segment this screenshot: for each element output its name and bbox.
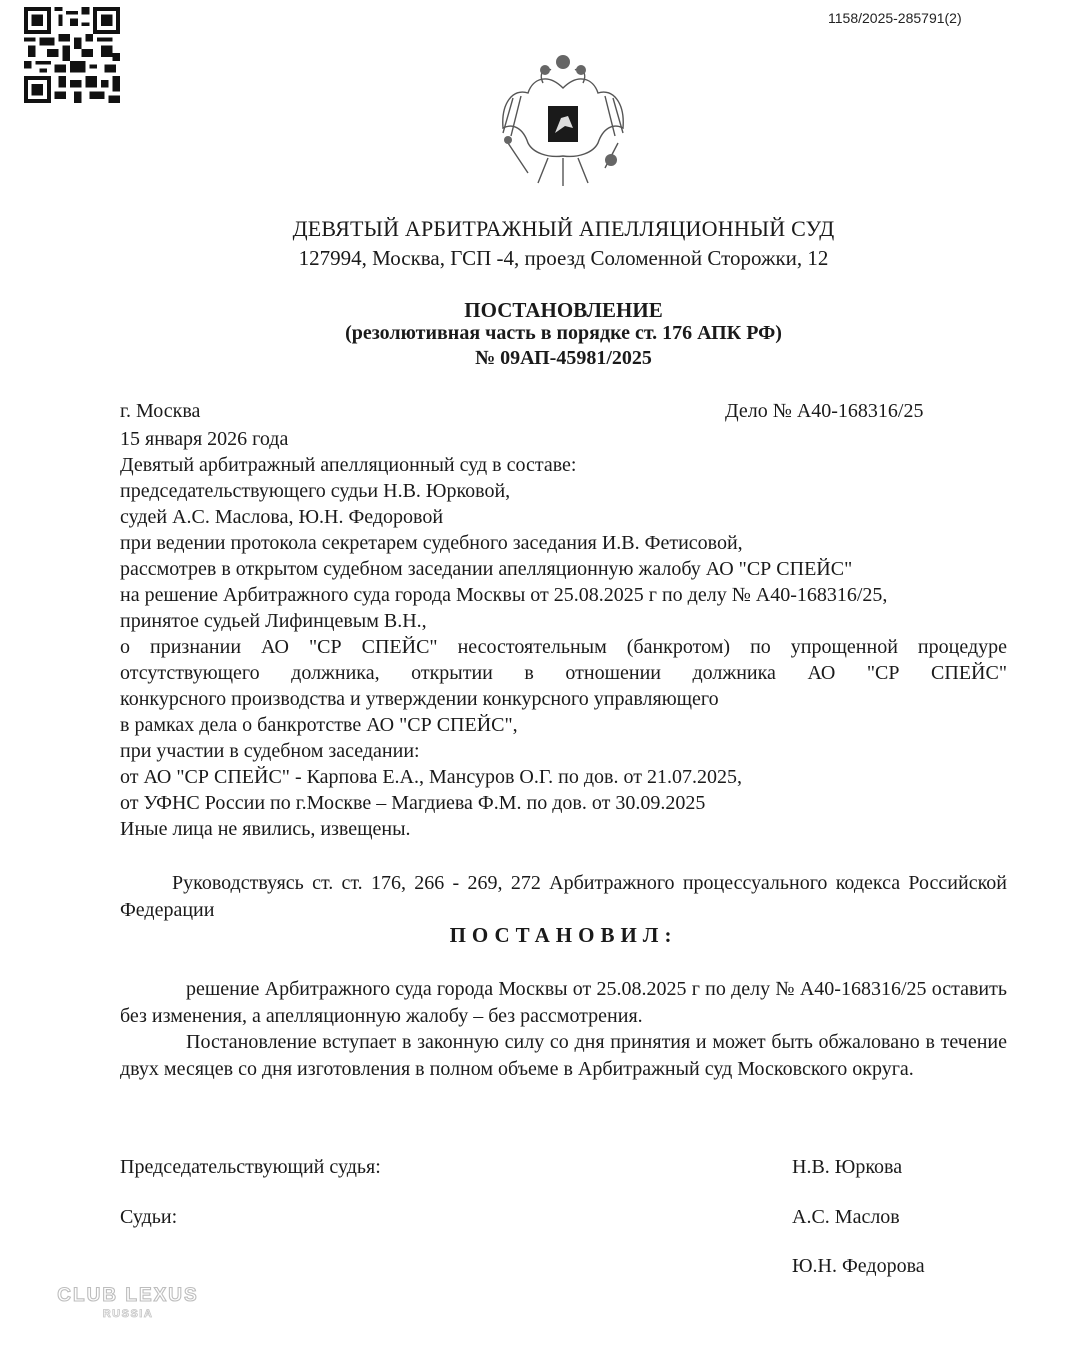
presiding-judge-line: председательствующего судьи Н.В. Юрковой… bbox=[120, 478, 1007, 504]
guided-by-paragraph: Руководствуясь ст. ст. 176, 266 - 269, 2… bbox=[120, 870, 1007, 924]
watermark-line-2: RUSSIA bbox=[103, 1308, 154, 1320]
document-number: 1158/2025-285791(2) bbox=[828, 10, 962, 26]
decision-ref-line: на решение Арбитражного суда города Моск… bbox=[120, 582, 1007, 608]
judge-2-name: Ю.Н. Федорова bbox=[792, 1255, 925, 1278]
absent-parties: Иные лица не явились, извещены. bbox=[120, 816, 1007, 842]
resolved-heading: ПОСТАНОВИЛ: bbox=[0, 923, 1077, 948]
intro-body: 15 января 2026 года Девятый арбитражный … bbox=[120, 426, 1007, 842]
guided-by-text: Руководствуясь ст. ст. 176, 266 - 269, 2… bbox=[120, 870, 1007, 924]
judge-1-name: А.С. Маслов bbox=[792, 1206, 900, 1229]
document-title: ПОСТАНОВЛЕНИЕ bbox=[0, 298, 1077, 323]
court-composition: Девятый арбитражный апелляционный суд в … bbox=[120, 452, 1007, 478]
appeal-line: рассмотрев в открытом судебном заседании… bbox=[120, 556, 1007, 582]
presiding-judge-label: Председательствующий судья: bbox=[120, 1156, 381, 1179]
subject-line-4: в рамках дела о банкротстве АО "СР СПЕЙС… bbox=[120, 712, 1007, 738]
judges-label: Судьи: bbox=[120, 1206, 177, 1229]
first-judge-line: принятое судьей Лифинцевым В.Н., bbox=[120, 608, 1007, 634]
presiding-judge-name: Н.В. Юркова bbox=[792, 1156, 902, 1179]
watermark-line-1: CLUB LEXUS bbox=[57, 1285, 198, 1306]
subject-line-1: о признании АО "СР СПЕЙС" несостоятельны… bbox=[120, 634, 1007, 660]
case-number: Дело № А40-168316/25 bbox=[725, 400, 924, 423]
decision-body: решение Арбитражного суда города Москвы … bbox=[120, 976, 1007, 1082]
subject-line-3: конкурсного производства и утверждении к… bbox=[120, 686, 1007, 712]
decision-paragraph-1: решение Арбитражного суда города Москвы … bbox=[120, 976, 1007, 1029]
subject-line-2: отсутствующего должника, открытии в отно… bbox=[120, 660, 1007, 686]
decision-paragraph-2: Постановление вступает в законную силу с… bbox=[120, 1029, 1007, 1082]
participant-1: от АО "СР СПЕЙС" - Карпова Е.А., Мансуро… bbox=[120, 764, 1007, 790]
club-lexus-watermark-icon: CLUB LEXUS RUSSIA bbox=[26, 1284, 231, 1324]
judges-line: судей А.С. Маслова, Ю.Н. Федоровой bbox=[120, 504, 1007, 530]
qr-code-icon bbox=[24, 7, 120, 103]
participant-2: от УФНС России по г.Москве – Магдиева Ф.… bbox=[120, 790, 1007, 816]
court-name: ДЕВЯТЫЙ АРБИТРАЖНЫЙ АПЕЛЛЯЦИОННЫЙ СУД bbox=[0, 216, 1077, 242]
secretary-line: при ведении протокола секретарем судебно… bbox=[120, 530, 1007, 556]
city: г. Москва bbox=[120, 400, 200, 423]
coat-of-arms-icon bbox=[493, 48, 633, 193]
court-address: 127994, Москва, ГСП -4, проезд Соломенно… bbox=[0, 246, 1077, 271]
document-subtitle: (резолютивная часть в порядке ст. 176 АП… bbox=[0, 322, 1077, 345]
resolution-number: № 09АП-45981/2025 bbox=[0, 347, 1077, 370]
participants-heading: при участии в судебном заседании: bbox=[120, 738, 1007, 764]
date-line: 15 января 2026 года bbox=[120, 426, 1007, 452]
